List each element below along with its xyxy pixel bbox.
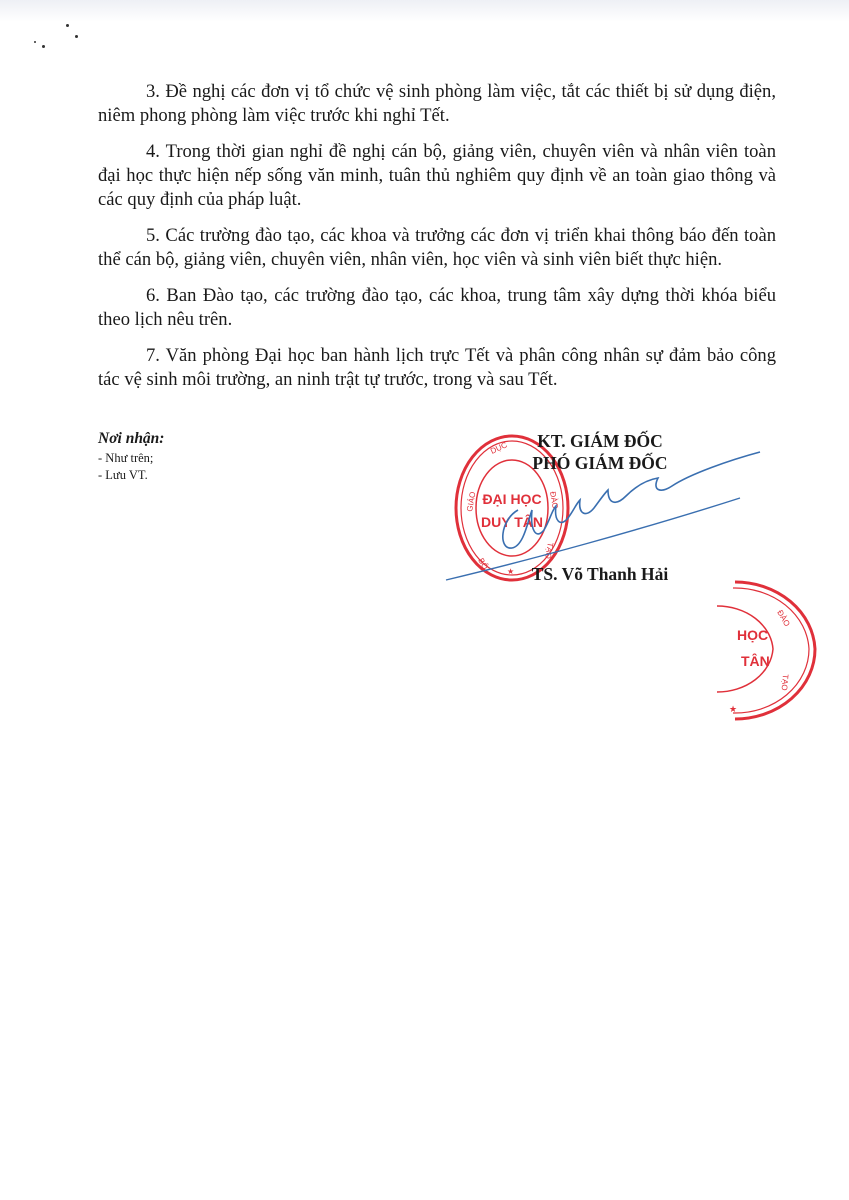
signature-title-line2: PHÓ GIÁM ĐỐC [470, 452, 730, 474]
svg-text:ĐÀO: ĐÀO [775, 609, 791, 629]
svg-text:TÂN: TÂN [741, 652, 770, 669]
svg-text:DUY TÂN: DUY TÂN [481, 513, 543, 530]
paragraph-5: 5. Các trường đào tạo, các khoa và trưởn… [98, 224, 776, 272]
scan-speck [75, 35, 78, 38]
partial-stamp: HỌC TÂN ĐÀO TẠO ★ [715, 574, 849, 724]
recipient-item: - Như trên; [98, 450, 164, 467]
recipients-block: Nơi nhận: - Như trên; - Lưu VT. [98, 430, 164, 484]
scan-speck [66, 24, 69, 27]
svg-text:HỌC: HỌC [737, 627, 768, 643]
paragraph-7: 7. Văn phòng Đại học ban hành lịch trực … [98, 344, 776, 392]
svg-text:TẠO: TẠO [780, 674, 790, 691]
paragraph-6: 6. Ban Đào tạo, các trường đào tạo, các … [98, 284, 776, 332]
recipients-label: Nơi nhận: [98, 430, 164, 448]
svg-text:GIÁO: GIÁO [465, 491, 477, 512]
svg-text:ĐÀO: ĐÀO [548, 491, 560, 510]
signature-title-line1: KT. GIÁM ĐỐC [470, 430, 730, 452]
svg-text:ĐẠI HỌC: ĐẠI HỌC [482, 491, 541, 507]
recipient-item: - Lưu VT. [98, 467, 164, 484]
scan-speck [34, 41, 36, 43]
scan-edge-shade [0, 0, 849, 22]
scan-speck [42, 45, 45, 48]
paragraph-4: 4. Trong thời gian nghỉ đề nghị cán bộ, … [98, 140, 776, 212]
svg-text:★: ★ [729, 704, 737, 714]
svg-text:TẠO: TẠO [543, 542, 555, 560]
paragraph-3: 3. Đề nghị các đơn vị tổ chức vệ sinh ph… [98, 80, 776, 128]
signer-name: TS. Võ Thanh Hải [470, 564, 730, 585]
document-body: 3. Đề nghị các đơn vị tổ chức vệ sinh ph… [98, 80, 776, 404]
signature-title-block: KT. GIÁM ĐỐC PHÓ GIÁM ĐỐC [470, 430, 730, 474]
